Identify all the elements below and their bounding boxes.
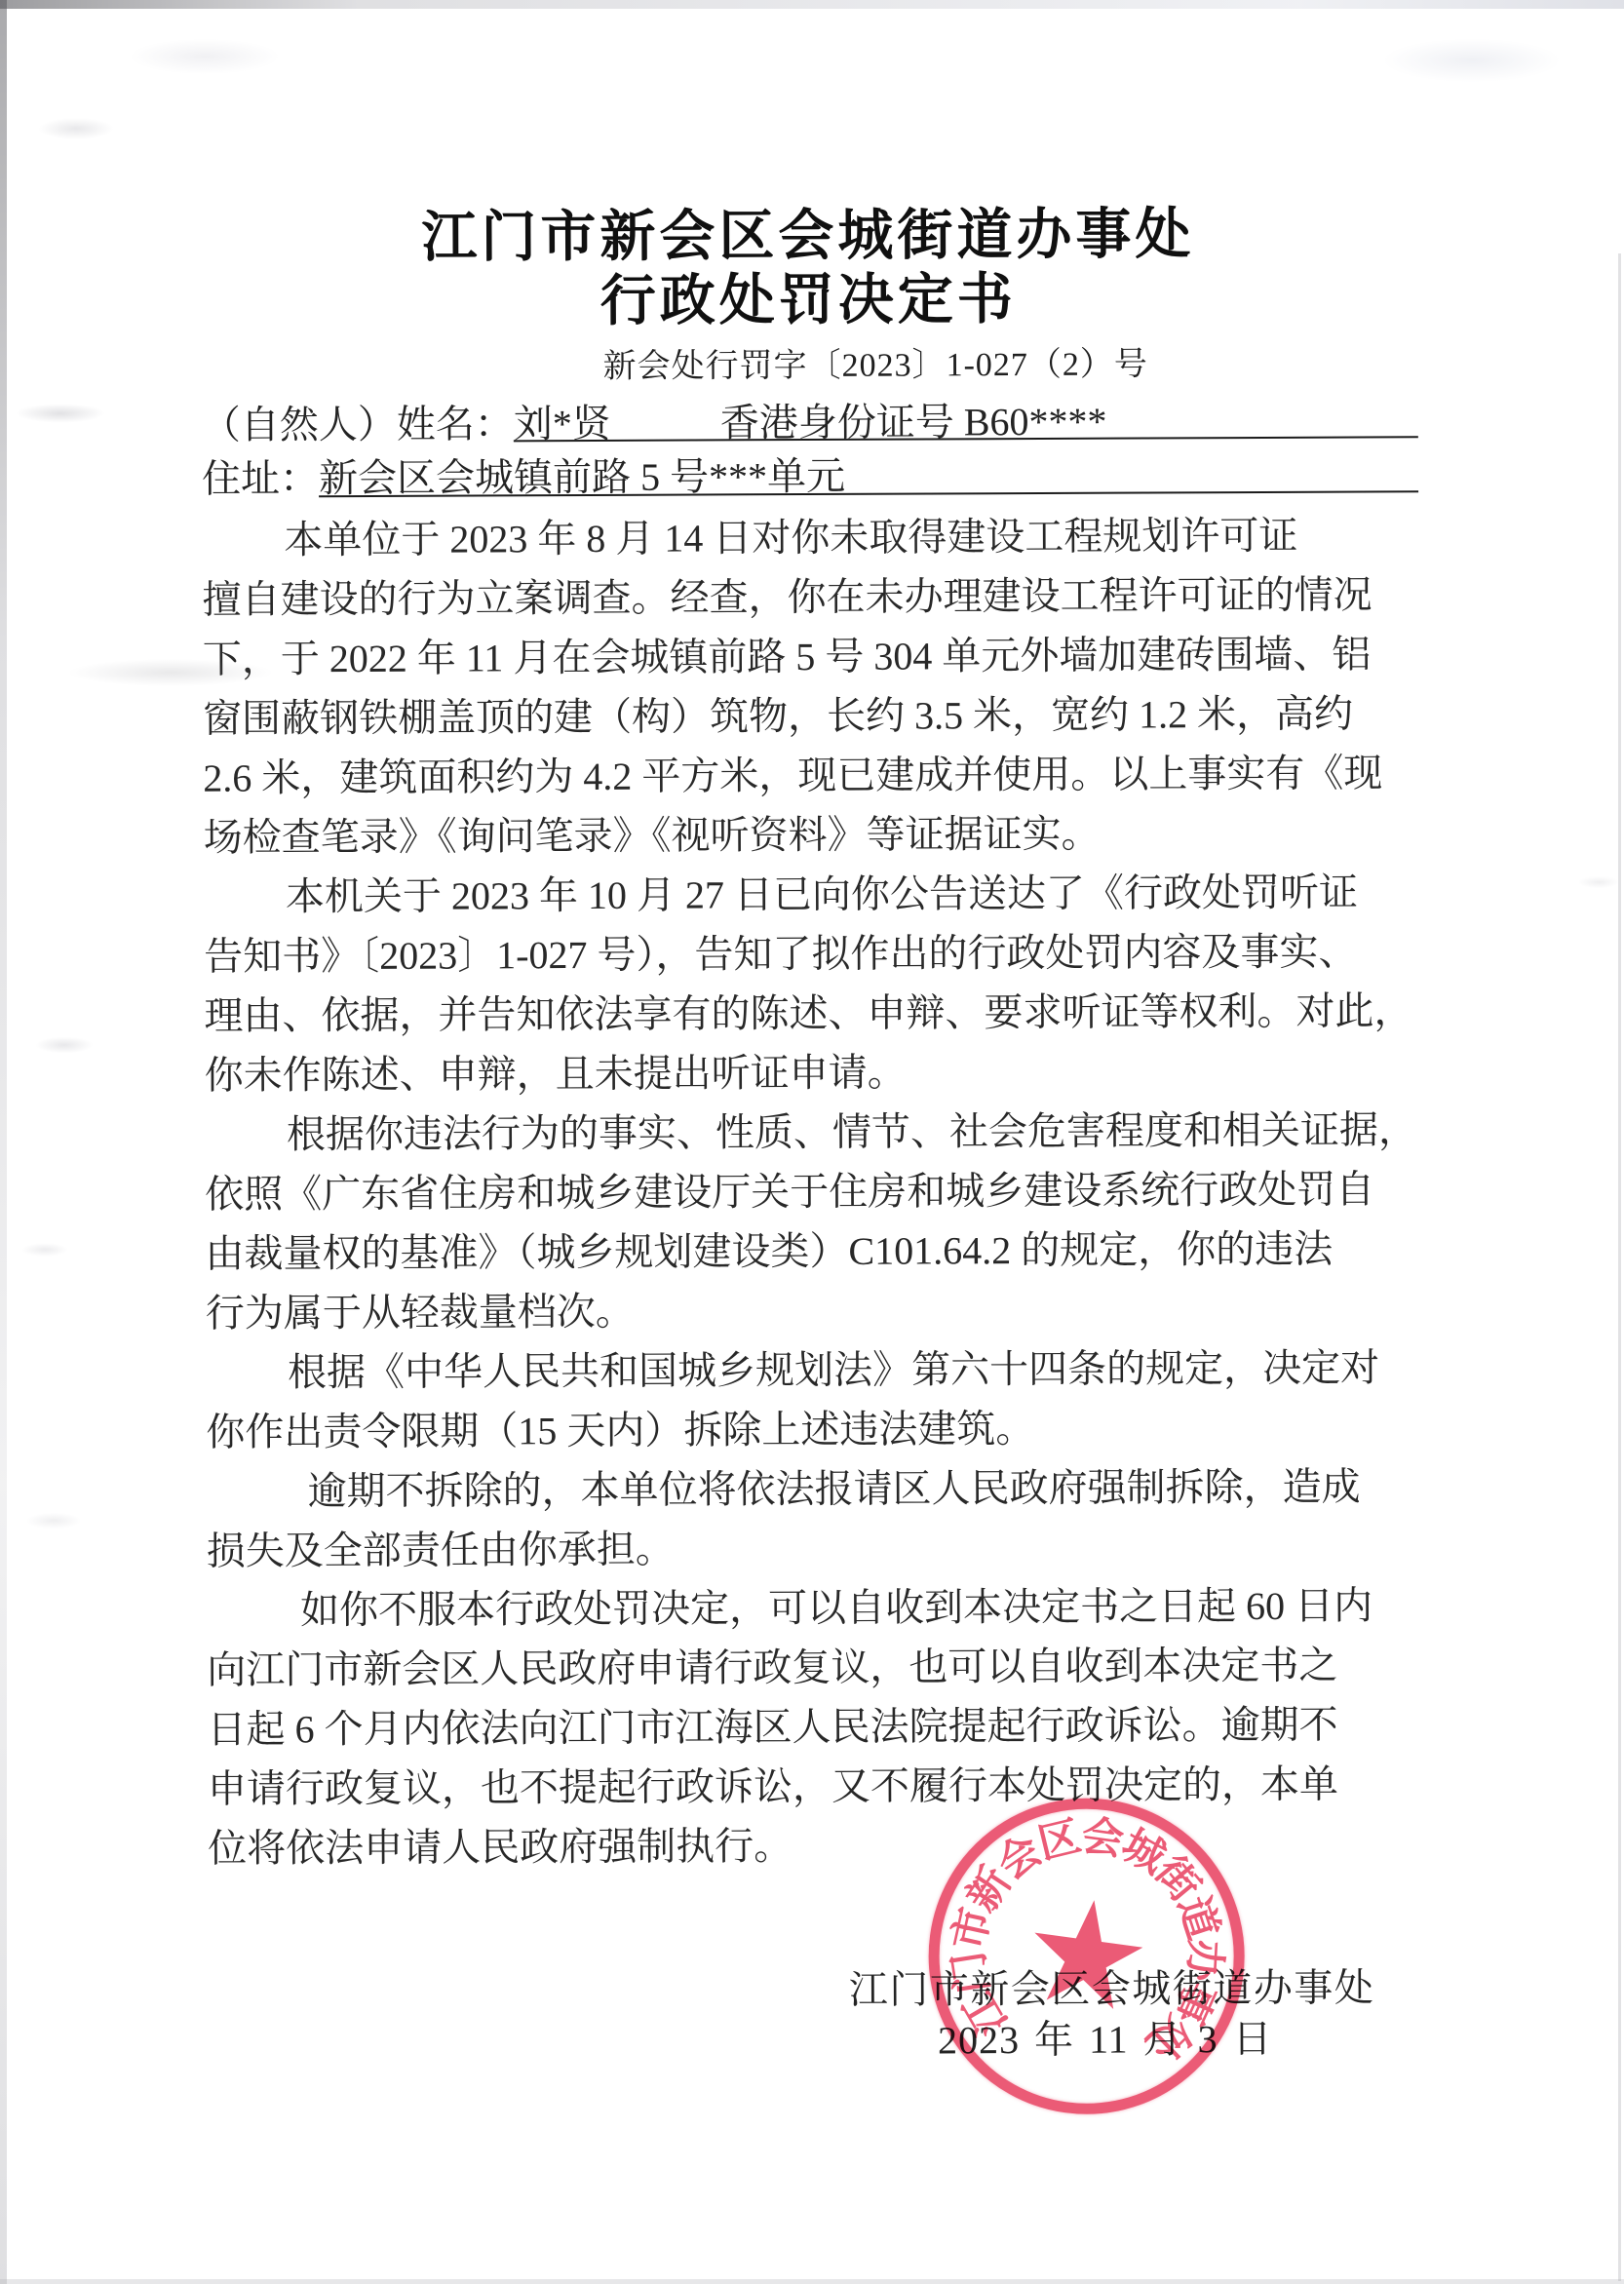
document-body: 本单位于 2023 年 8 月 14 日对你未取得建设工程规划许可证擅自建设的行… [202, 505, 1405, 1878]
body-line: 依照《广东省住房和城乡建设厅关于住房和城乡建设系统行政处罚自 [205, 1159, 1402, 1223]
body-line: 申请行政复议，也不提起行政诉讼，又不履行本处罚决定的，本单 [208, 1754, 1405, 1818]
document-content: 江门市新会区会城街道办事处 行政处罚决定书 新会处行罚字〔2023〕1-027（… [0, 0, 1624, 2284]
body-line: 如你不服本行政处罚决定，可以自收到本决定书之日起 60 日内 [207, 1575, 1404, 1640]
body-line: 根据《中华人民共和国城乡规划法》第六十四条的规定，决定对 [206, 1337, 1403, 1402]
body-line: 擅自建设的行为立案调查。经查，你在未办理建设工程许可证的情况 [202, 564, 1399, 629]
body-line: 你未作陈述、申辩，且未提出听证申请。 [205, 1040, 1402, 1104]
body-line: 本机关于 2023 年 10 月 27 日已向你公告送达了《行政处罚听证 [204, 862, 1401, 926]
body-line: 窗围蔽钢铁棚盖顶的建（构）筑物，长约 3.5 米，宽约 1.2 米，高约 [203, 683, 1400, 748]
body-line: 逾期不拆除的，本单位将依法报请区人民政府强制拆除，造成 [206, 1456, 1403, 1521]
recipient-address-underline: 新会区会城镇前路 5 号***单元 [319, 443, 1418, 497]
recipient-name-label: （自然人）姓名： [202, 393, 514, 449]
seal-text: 江门市新会区会城街道办事处 [909, 1778, 1264, 2134]
body-line: 场检查笔录》《询问笔录》《视听资料》等证据证实。 [203, 802, 1400, 867]
body-line: 由裁量权的基准》（城乡规划建设类）C101.64.2 的规定，你的违法 [205, 1219, 1402, 1283]
recipient-address-label: 住址： [202, 447, 319, 504]
scanned-document-page: 江门市新会区会城街道办事处 行政处罚决定书 新会处行罚字〔2023〕1-027（… [0, 0, 1624, 2284]
body-line: 理由、依据，并告知依法享有的陈述、申辩、要求听证等权利。对此， [204, 981, 1401, 1045]
document-number: 新会处行罚字〔2023〕1-027（2）号 [602, 336, 1148, 386]
official-seal: 江门市新会区会城街道办事处 [909, 1778, 1264, 2134]
body-line: 根据你违法行为的事实、性质、情节、社会危害程度和相关证据， [205, 1100, 1402, 1164]
body-line: 告知书》〔2023〕1-027 号），告知了拟作出的行政处罚内容及事实、 [204, 921, 1401, 986]
body-line: 损失及全部责任由你承担。 [207, 1516, 1404, 1580]
body-line: 向江门市新会区人民政府申请行政复议，也可以自收到本决定书之 [207, 1635, 1404, 1699]
recipient-name-underline: 刘*贤香港身份证号 B60**** [514, 389, 1418, 442]
recipient-name-row: （自然人）姓名： 刘*贤香港身份证号 B60**** [202, 389, 1418, 441]
recipient-address-row: 住址： 新会区会城镇前路 5 号***单元 [202, 443, 1418, 495]
body-line: 本单位于 2023 年 8 月 14 日对你未取得建设工程规划许可证 [202, 505, 1399, 569]
recipient-id-value: 香港身份证号 B60**** [720, 400, 1107, 445]
body-line: 行为属于从轻裁量档次。 [206, 1278, 1403, 1342]
recipient-name-value: 刘*贤 [514, 402, 611, 445]
recipient-address-value: 新会区会城镇前路 5 号***单元 [319, 454, 845, 500]
body-line: 日起 6 个月内依法向江门市江海区人民法院提起行政诉讼。逾期不 [207, 1694, 1404, 1759]
body-line: 你作出责令限期（15 天内）拆除上述违法建筑。 [206, 1397, 1403, 1461]
body-line: 2.6 米，建筑面积约为 4.2 平方米，现已建成并使用。以上事实有《现 [203, 743, 1400, 807]
document-title-line2: 行政处罚决定书 [0, 252, 1620, 338]
body-line: 下，于 2022 年 11 月在会城镇前路 5 号 304 单元外墙加建砖围墙、… [203, 624, 1400, 688]
